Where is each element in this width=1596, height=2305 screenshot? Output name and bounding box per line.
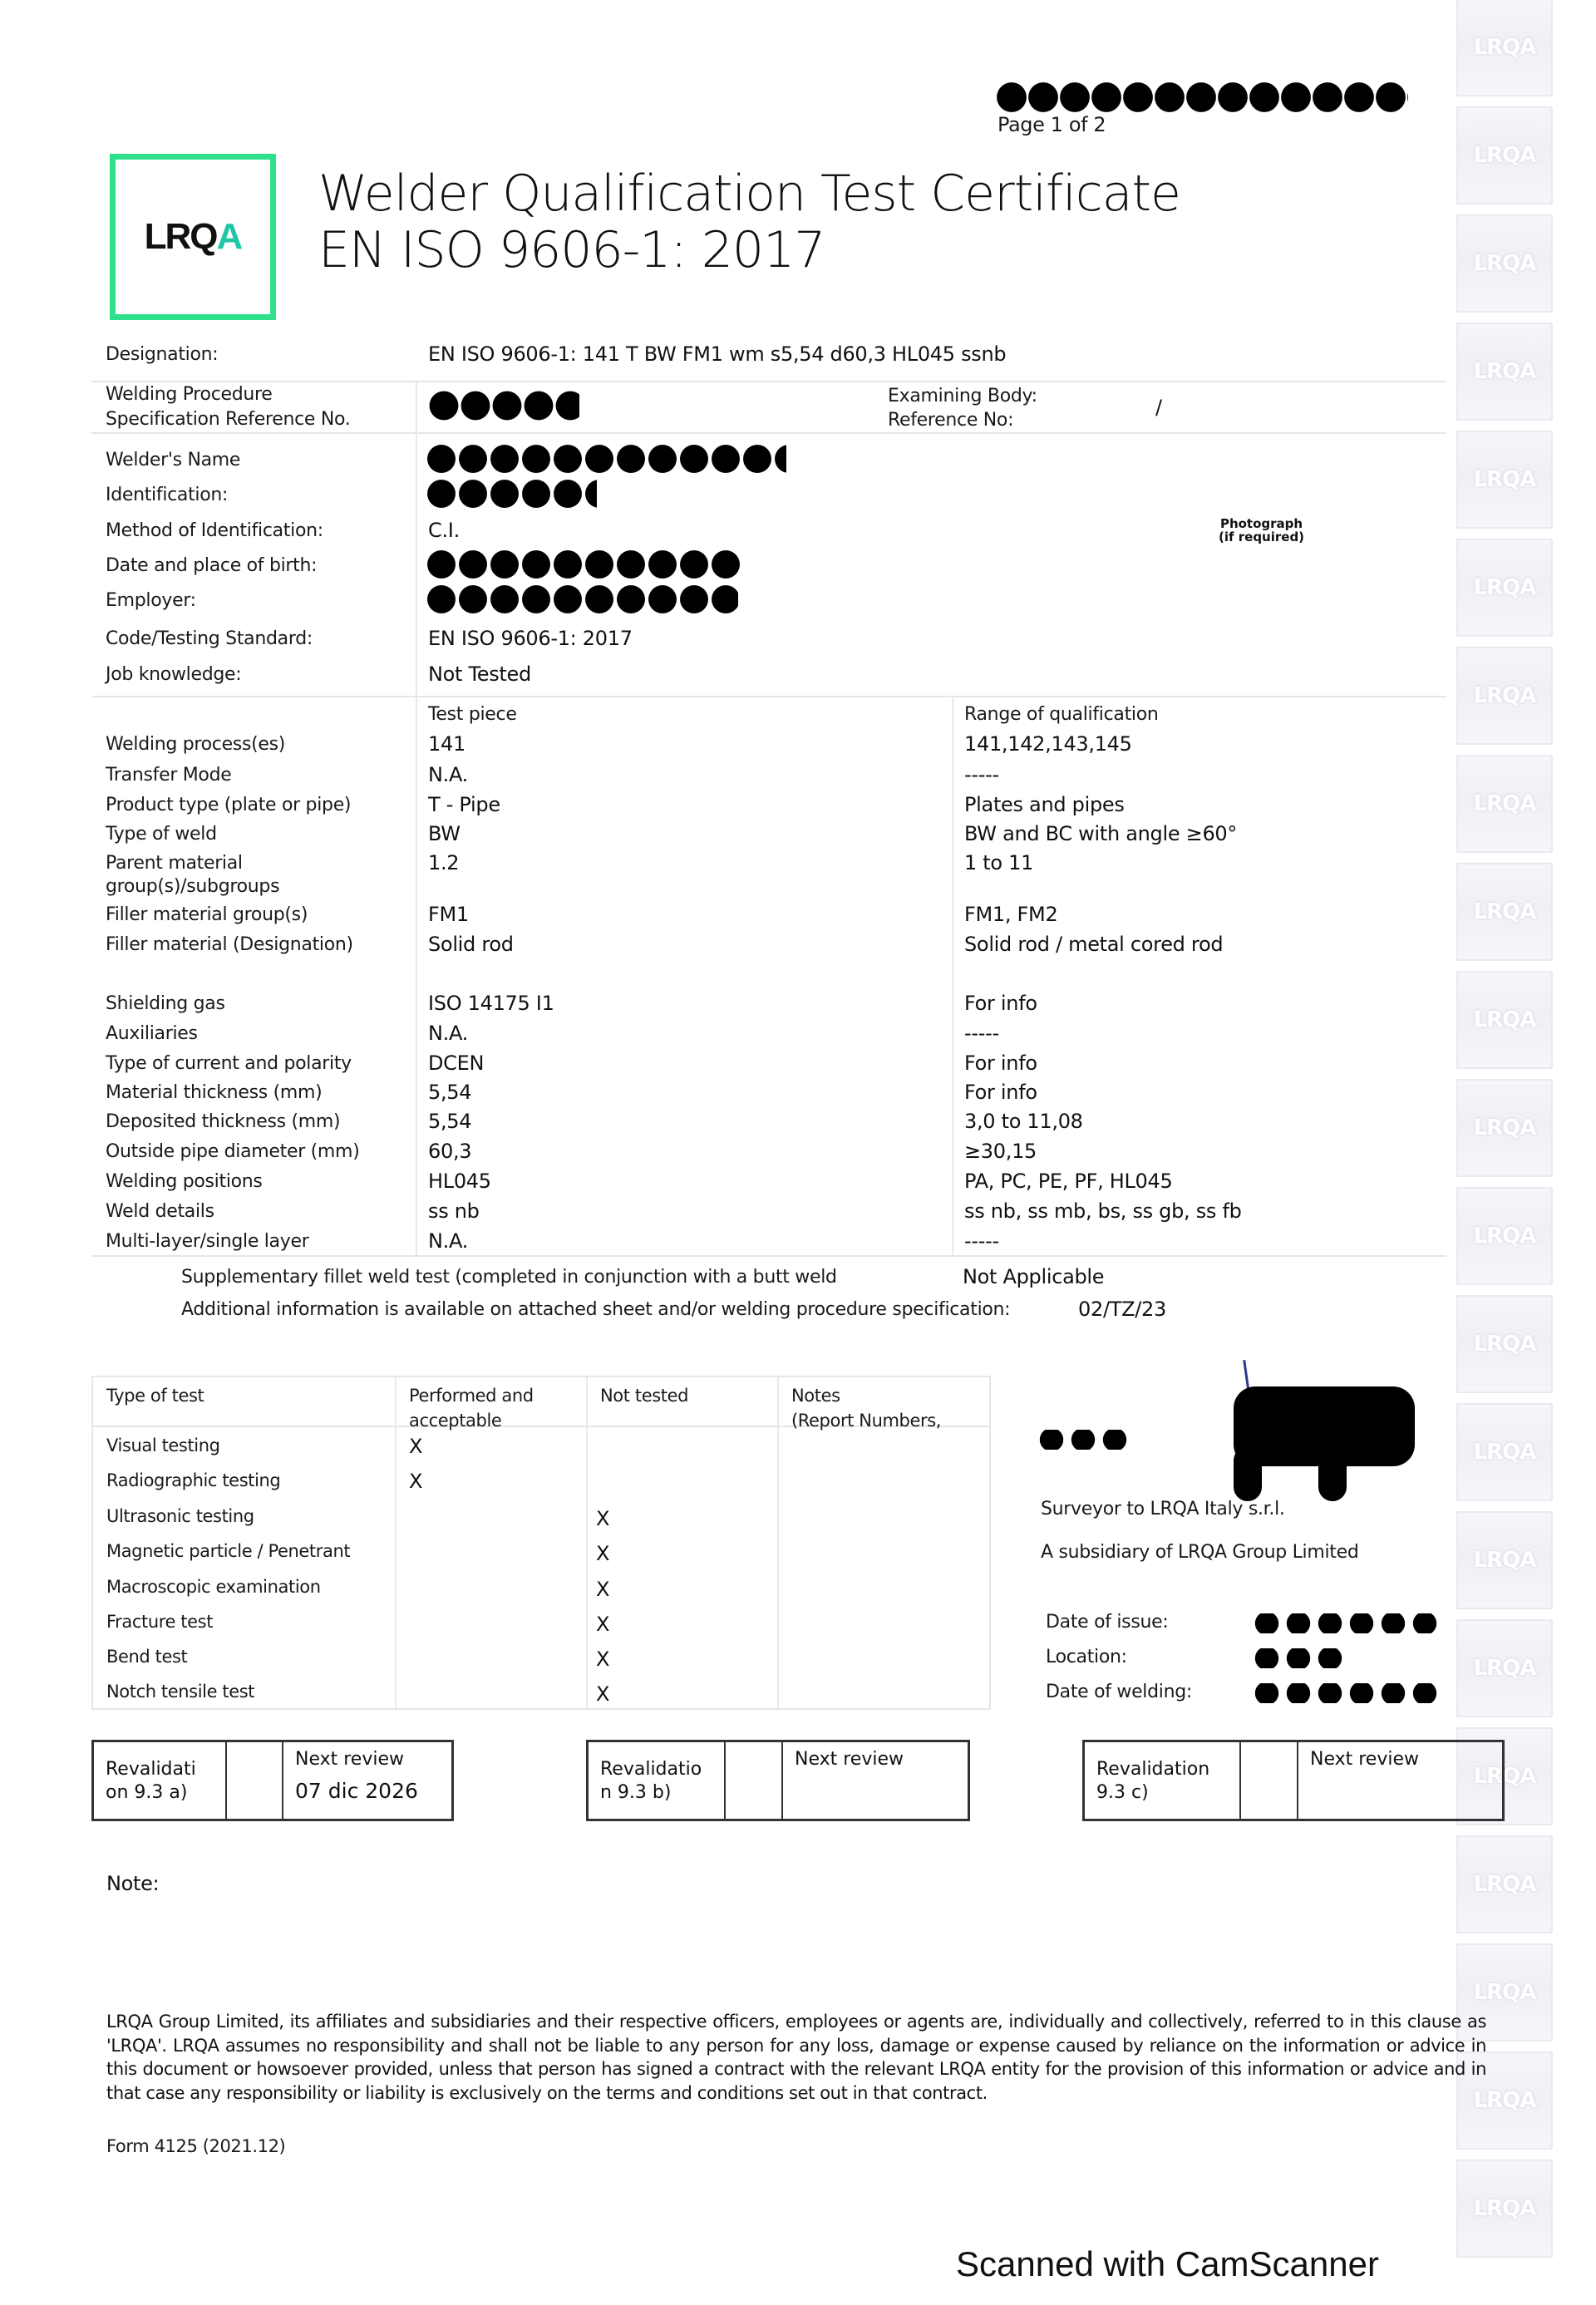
form-number: Form 4125 (2021.12) [106, 2136, 285, 2156]
test-piece-value: N.A. [428, 1022, 468, 1045]
examining-body-value: / [1155, 396, 1162, 419]
test-piece-value: T - Pipe [428, 793, 500, 816]
revalidation-label: Revalidatio [600, 1757, 702, 1782]
test-piece-value: N.A. [428, 763, 468, 786]
test-piece-value: 1.2 [428, 851, 459, 874]
test-type: Notch tensile test [106, 1682, 254, 1702]
watermark-logo: LRQA [1474, 1980, 1536, 2005]
not-tested-mark: X [596, 1647, 609, 1671]
watermark-logo: LRQA [1474, 1332, 1536, 1357]
redacted-value [1251, 1683, 1441, 1703]
divider [1297, 1742, 1298, 1819]
not-tested-mark: X [596, 1542, 609, 1565]
redacted-wps-number [428, 389, 579, 422]
watermark-logo: LRQA [1474, 2196, 1536, 2221]
watermark-tile: LRQA [1456, 431, 1553, 529]
additional-info-label: Additional information is available on a… [181, 1299, 1010, 1320]
divider [952, 698, 953, 1257]
surveyor-line: Surveyor to LRQA Italy s.r.l. [1041, 1499, 1285, 1519]
performed-mark: X [409, 1435, 422, 1458]
range-value: Plates and pipes [964, 793, 1125, 816]
test-piece-value: Solid rod [428, 933, 514, 956]
page-indicator: Page 1 of 2 [997, 113, 1106, 136]
divider [416, 382, 417, 698]
designation-label: Designation: [106, 344, 218, 365]
test-column-header: (Report Numbers, [791, 1411, 941, 1431]
watermark-tile: LRQA [1456, 1619, 1553, 1717]
next-review-label: Next review [795, 1747, 904, 1772]
col-test-piece: Test piece [428, 704, 517, 725]
redacted-value [1251, 1613, 1437, 1633]
watermark-logo: LRQA [1474, 143, 1536, 168]
variable-label: Material thickness (mm) [106, 1082, 322, 1103]
divider [724, 1742, 726, 1819]
revalidation-label-cont: on 9.3 a) [106, 1780, 187, 1805]
welder-field-label: Code/Testing Standard: [106, 628, 313, 649]
redacted-value [426, 549, 741, 580]
test-piece-value: N.A. [428, 1229, 468, 1253]
watermark-logo: LRQA [1474, 683, 1536, 708]
variable-label: Auxiliaries [106, 1023, 198, 1044]
welder-field-label: Method of Identification: [106, 520, 323, 541]
col-range-of-qualification: Range of qualification [964, 704, 1159, 725]
redacted-value [426, 443, 786, 475]
test-type: Magnetic particle / Penetrant [106, 1541, 350, 1561]
test-piece-value: 5,54 [428, 1110, 471, 1133]
divider [781, 1742, 783, 1819]
range-value: ----- [964, 1229, 999, 1253]
watermark-tile: LRQA [1456, 2160, 1553, 2258]
test-type: Ultrasonic testing [106, 1506, 254, 1526]
range-value: ----- [964, 763, 999, 786]
variable-label: Filler material (Designation) [106, 934, 353, 955]
range-value: ≥30,15 [964, 1140, 1037, 1163]
watermark-logo: LRQA [1474, 899, 1536, 924]
photograph-placeholder: Photograph (if required) [1219, 517, 1304, 544]
issue-field-label: Location: [1046, 1647, 1127, 1667]
test-column-header: acceptable [409, 1411, 501, 1431]
variable-label: Product type (plate or pipe) [106, 795, 351, 815]
lrqa-logo: LRQA [110, 154, 276, 320]
wps-label-line1: Welding Procedure [106, 384, 273, 405]
divider [416, 698, 417, 1257]
welder-field-value: Not Tested [428, 662, 531, 686]
watermark-tile: LRQA [1456, 0, 1553, 96]
test-piece-value: BW [428, 822, 461, 845]
watermark-tile: LRQA [1456, 323, 1553, 421]
watermark-tile: LRQA [1456, 971, 1553, 1069]
range-value: BW and BC with angle ≥60° [964, 822, 1237, 845]
divider [91, 696, 1446, 697]
test-column-header: Notes [791, 1386, 840, 1406]
next-review-date: 07 dic 2026 [295, 1779, 418, 1804]
watermark-tile: LRQA [1456, 214, 1553, 313]
watermark-tile: LRQA [1456, 1079, 1553, 1177]
range-value: For info [964, 1052, 1037, 1075]
test-type: Macroscopic examination [106, 1577, 321, 1597]
test-column-header: Type of test [106, 1386, 204, 1406]
test-piece-value: DCEN [428, 1052, 484, 1075]
variable-label: Deposited thickness (mm) [106, 1111, 340, 1132]
test-column-header: Not tested [600, 1386, 688, 1406]
welder-field-value: EN ISO 9606-1: 2017 [428, 627, 633, 650]
test-column-header: Performed and [409, 1386, 534, 1406]
photograph-label: Photograph [1219, 517, 1304, 530]
note-label: Note: [106, 1872, 159, 1895]
not-tested-mark: X [596, 1613, 609, 1636]
divider [91, 381, 1446, 382]
variable-label: Shielding gas [106, 993, 225, 1014]
divider [1239, 1742, 1241, 1819]
test-type: Fracture test [106, 1612, 213, 1632]
watermark-logo: LRQA [1474, 251, 1536, 276]
watermark-logo: LRQA [1474, 359, 1536, 384]
test-piece-value: 141 [428, 732, 465, 756]
redacted-value [426, 584, 738, 615]
variable-label: Weld details [106, 1201, 214, 1222]
redacted-surveyor-name [1036, 1430, 1132, 1450]
divider [282, 1742, 283, 1819]
test-results-table: Type of testPerformed andacceptableNot t… [91, 1376, 991, 1710]
watermark-logo: LRQA [1474, 1007, 1536, 1032]
variable-label: Welding process(es) [106, 734, 285, 755]
issue-field-label: Date of welding: [1046, 1682, 1192, 1702]
scanner-footer: Scanned with CamScanner [956, 2244, 1379, 2284]
welder-field-value: C.I. [428, 519, 460, 542]
performed-mark: X [409, 1470, 422, 1493]
revalidation-label-cont: 9.3 c) [1096, 1780, 1149, 1805]
certificate-standard: EN ISO 9606-1: 2017 [318, 221, 825, 279]
welder-field-label: Employer: [106, 590, 196, 611]
variable-label: Multi-layer/single layer [106, 1231, 308, 1252]
not-tested-mark: X [596, 1578, 609, 1601]
test-type: Radiographic testing [106, 1470, 280, 1490]
variable-label: Parent material [106, 853, 243, 874]
watermark-tile: LRQA [1456, 1295, 1553, 1393]
range-value: 3,0 to 11,08 [964, 1110, 1083, 1133]
watermark-logo: LRQA [1474, 1872, 1536, 1897]
range-value: Solid rod / metal cored rod [964, 933, 1223, 956]
redacted-signature-stamp [1234, 1446, 1262, 1501]
issue-field-label: Date of issue: [1046, 1612, 1169, 1633]
watermark-tile: LRQA [1456, 1835, 1553, 1933]
test-type: Bend test [106, 1647, 187, 1667]
designation-value: EN ISO 9606-1: 141 T BW FM1 wm s5,54 d60… [428, 342, 1006, 366]
next-review-label: Next review [1310, 1747, 1419, 1772]
test-piece-value: 5,54 [428, 1081, 471, 1104]
variable-label: Type of weld [106, 824, 217, 845]
redacted-signature-stamp [1318, 1446, 1347, 1501]
redacted-value [426, 478, 597, 510]
welder-field-label: Date and place of birth: [106, 555, 317, 576]
watermark-tile: LRQA [1456, 1403, 1553, 1501]
range-value: FM1, FM2 [964, 903, 1057, 926]
revalidation-label: Revalidation [1096, 1757, 1209, 1782]
test-piece-value: 60,3 [428, 1140, 471, 1163]
variable-label: Type of current and polarity [106, 1053, 352, 1074]
watermark-tile: LRQA [1456, 863, 1553, 961]
watermark-tile: LRQA [1456, 755, 1553, 853]
reference-no-label: Reference No: [888, 410, 1013, 431]
supplementary-fillet-value: Not Applicable [963, 1265, 1104, 1288]
subsidiary-line: A subsidiary of LRQA Group Limited [1041, 1542, 1359, 1563]
watermark-logo: LRQA [1474, 1548, 1536, 1573]
revalidation-box: Revalidation 9.3 a)Next review07 dic 202… [91, 1740, 454, 1821]
range-value: ss nb, ss mb, bs, ss gb, ss fb [964, 1199, 1242, 1223]
variable-label: Welding positions [106, 1171, 263, 1192]
range-value: For info [964, 992, 1037, 1015]
not-tested-mark: X [596, 1507, 609, 1530]
variable-label: Outside pipe diameter (mm) [106, 1141, 359, 1162]
certificate-title: Welder Qualification Test Certificate [318, 165, 1180, 223]
watermark-tile: LRQA [1456, 647, 1553, 745]
range-value: PA, PC, PE, PF, HL045 [964, 1170, 1172, 1193]
watermark-tile: LRQA [1456, 106, 1553, 204]
watermark-logo: LRQA [1474, 1440, 1536, 1465]
wps-label-line2: Specification Reference No. [106, 409, 350, 430]
revalidation-label: Revalidati [106, 1757, 196, 1782]
watermark-logo: LRQA [1474, 1116, 1536, 1140]
divider [225, 1742, 227, 1819]
revalidation-box: Revalidation 9.3 b)Next review [586, 1740, 970, 1821]
watermark-logo: LRQA [1474, 35, 1536, 60]
watermark-logo: LRQA [1474, 467, 1536, 492]
test-piece-value: FM1 [428, 903, 469, 926]
watermark-logo: LRQA [1474, 1224, 1536, 1249]
variable-label: Filler material group(s) [106, 904, 308, 925]
watermark-logo: LRQA [1474, 575, 1536, 600]
test-type: Visual testing [106, 1436, 220, 1455]
examining-body-label: Examining Body: [888, 386, 1037, 406]
range-value: 141,142,143,145 [964, 732, 1132, 756]
test-piece-value: ISO 14175 I1 [428, 992, 554, 1015]
watermark-tile: LRQA [1456, 1511, 1553, 1609]
watermark-logo: LRQA [1474, 791, 1536, 816]
watermark-tile: LRQA [1456, 1187, 1553, 1285]
test-piece-value: ss nb [428, 1199, 480, 1223]
divider [91, 1255, 1446, 1257]
not-tested-mark: X [596, 1682, 609, 1706]
divider [91, 432, 1446, 434]
variable-label-cont: group(s)/subgroups [106, 876, 279, 897]
additional-info-value: 02/TZ/23 [1078, 1298, 1166, 1321]
redacted-certificate-number [996, 80, 1408, 115]
test-piece-value: HL045 [428, 1170, 491, 1193]
supplementary-fillet-label: Supplementary fillet weld test (complete… [181, 1267, 837, 1288]
range-value: 1 to 11 [964, 851, 1033, 874]
redacted-value [1251, 1648, 1347, 1668]
logo-text: LRQA [145, 216, 242, 258]
welder-field-label: Welder's Name [106, 450, 240, 470]
watermark-logo: LRQA [1474, 1656, 1536, 1681]
revalidation-label-cont: n 9.3 b) [600, 1780, 671, 1805]
photograph-note: (if required) [1219, 530, 1304, 544]
welder-field-label: Job knowledge: [106, 664, 241, 685]
range-value: For info [964, 1081, 1037, 1104]
range-value: ----- [964, 1022, 999, 1045]
next-review-label: Next review [295, 1747, 404, 1772]
variable-label: Transfer Mode [106, 765, 232, 786]
disclaimer-text: LRQA Group Limited, its affiliates and s… [106, 2010, 1486, 2105]
welder-field-label: Identification: [106, 485, 228, 505]
revalidation-box: Revalidation9.3 c)Next review [1082, 1740, 1505, 1821]
watermark-strip: LRQALRQALRQALRQALRQALRQALRQALRQALRQALRQA… [1456, 0, 1554, 2244]
watermark-tile: LRQA [1456, 539, 1553, 637]
